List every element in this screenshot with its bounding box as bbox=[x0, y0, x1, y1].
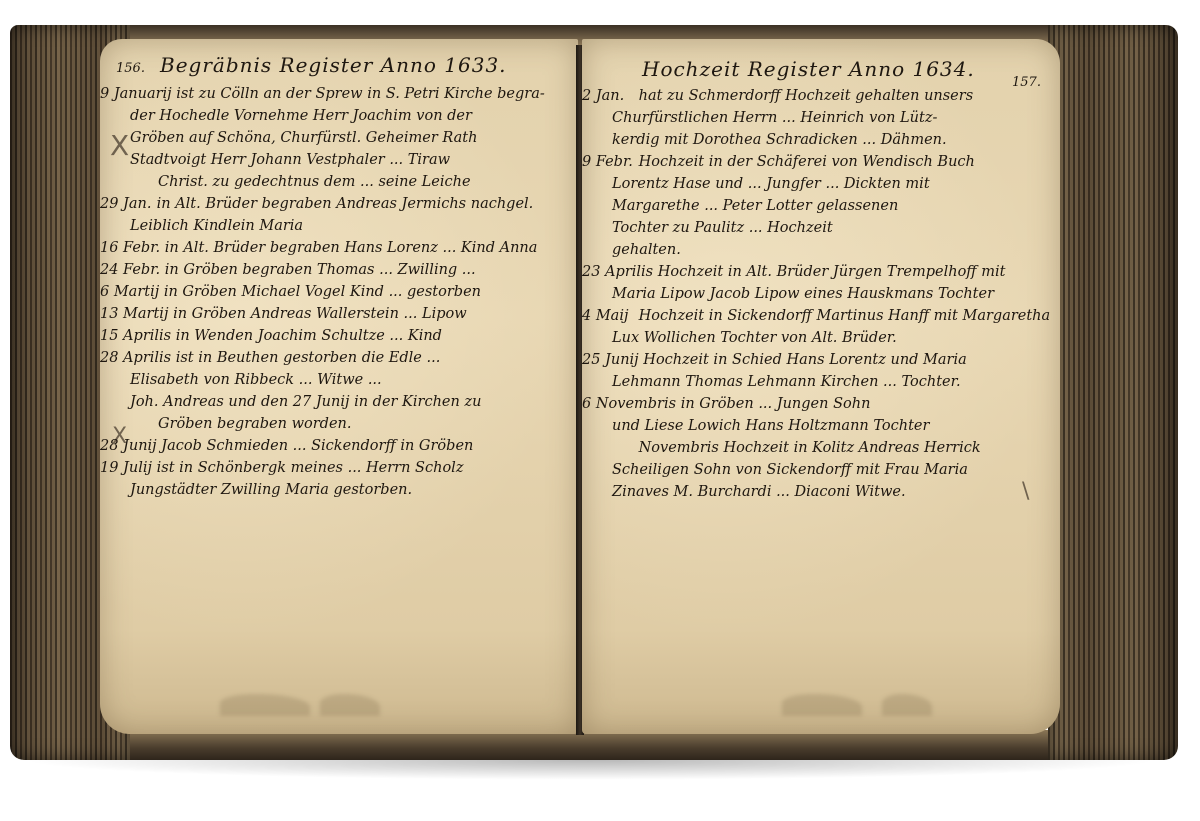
register-entry: Gröben begraben worden. bbox=[100, 413, 578, 435]
register-entry: 2 Jan. hat zu Schmerdorff Hochzeit gehal… bbox=[582, 85, 1052, 107]
entry-date: 9 Febr. bbox=[582, 151, 634, 173]
entry-text: in Gröben Michael Vogel Kind ... gestorb… bbox=[164, 284, 481, 300]
register-entry: gehalten. bbox=[582, 239, 1052, 261]
entry-text: Zinaves M. Burchardi ... Diaconi Witwe. bbox=[612, 484, 906, 500]
book-bottom-edge bbox=[30, 730, 1158, 760]
entry-text: Hochzeit in Sickendorff Martinus Hanff m… bbox=[639, 308, 1051, 324]
right-page: Hochzeit Register Anno 1634. 157. \ 2 Ja… bbox=[582, 39, 1060, 734]
register-entry: 9 Febr. Hochzeit in der Schäferei von We… bbox=[582, 151, 1052, 173]
right-page-stack bbox=[1048, 25, 1178, 760]
entry-text: Christ. zu gedechtnus dem ... seine Leic… bbox=[158, 174, 471, 190]
register-entry: Leiblich Kindlein Maria bbox=[100, 215, 578, 237]
register-entry: 13 Martij in Gröben Andreas Wallerstein … bbox=[100, 303, 578, 325]
entry-text: Lorentz Hase und ... Jungfer ... Dickten… bbox=[612, 176, 930, 192]
entry-text: Jacob Schmieden ... Sickendorff in Gröbe… bbox=[161, 438, 473, 454]
register-entry: 24 Febr. in Gröben begraben Thomas ... Z… bbox=[100, 259, 578, 281]
entry-date: 23 Aprilis bbox=[582, 261, 653, 283]
entry-text: Lux Wollichen Tochter von Alt. Brüder. bbox=[612, 330, 897, 346]
register-entry: 28 Junij Jacob Schmieden ... Sickendorff… bbox=[100, 435, 578, 457]
entry-date: 2 Jan. bbox=[582, 85, 634, 107]
entry-text: in Gröben ... Jungen Sohn bbox=[681, 396, 871, 412]
entry-text: Maria Lipow Jacob Lipow eines Hauskmans … bbox=[612, 286, 994, 302]
water-stain bbox=[782, 694, 862, 716]
register-entry: Gröben auf Schöna, Churfürstl. Geheimer … bbox=[100, 127, 578, 149]
entry-date: 28 Junij bbox=[100, 435, 157, 457]
entry-date: 29 Jan. bbox=[100, 193, 152, 215]
register-entry: Margarethe ... Peter Lotter gelassenen bbox=[582, 195, 1052, 217]
register-entry: Christ. zu gedechtnus dem ... seine Leic… bbox=[100, 171, 578, 193]
page-number: 156. bbox=[116, 61, 145, 76]
register-entry: Lux Wollichen Tochter von Alt. Brüder. bbox=[582, 327, 1052, 349]
register-entry: Scheiligen Sohn von Sickendorff mit Frau… bbox=[582, 459, 1052, 481]
entry-text: ist in Schönbergk meines ... Herrn Schol… bbox=[157, 460, 464, 476]
water-stain bbox=[220, 694, 310, 716]
register-entry: 4 Maij Hochzeit in Sickendorff Martinus … bbox=[582, 305, 1052, 327]
register-entry: Stadtvoigt Herr Johann Vestphaler ... Ti… bbox=[100, 149, 578, 171]
page-title: Hochzeit Register Anno 1634. bbox=[642, 57, 975, 81]
entry-date: 9 Januarij bbox=[100, 83, 172, 105]
entry-date: 13 Martij bbox=[100, 303, 168, 325]
entry-text: in Gröben Andreas Wallerstein ... Lipow bbox=[173, 306, 467, 322]
entry-text: Jungstädter Zwilling Maria gestorben. bbox=[130, 482, 412, 498]
entry-text: hat zu Schmerdorff Hochzeit gehalten uns… bbox=[639, 88, 974, 104]
entry-date: 15 Aprilis bbox=[100, 325, 171, 347]
register-entry: 25 Junij Hochzeit in Schied Hans Lorentz… bbox=[582, 349, 1052, 371]
register-entry: Novembris Hochzeit in Kolitz Andreas Her… bbox=[582, 437, 1052, 459]
register-entry: 23 Aprilis Hochzeit in Alt. Brüder Jürge… bbox=[582, 261, 1052, 283]
entry-date: 25 Junij bbox=[582, 349, 639, 371]
marriage-entries: 2 Jan. hat zu Schmerdorff Hochzeit gehal… bbox=[582, 85, 1052, 503]
register-entry: 29 Jan. in Alt. Brüder begraben Andreas … bbox=[100, 193, 578, 215]
entry-text: Leiblich Kindlein Maria bbox=[130, 218, 303, 234]
entry-text: Gröben auf Schöna, Churfürstl. Geheimer … bbox=[130, 130, 477, 146]
entry-text: gehalten. bbox=[612, 242, 681, 258]
entry-text: Joh. Andreas und den 27 Junij in der Kir… bbox=[130, 394, 481, 410]
water-stain bbox=[882, 694, 932, 716]
entry-text: Hochzeit in der Schäferei von Wendisch B… bbox=[639, 154, 975, 170]
entry-text: Lehmann Thomas Lehmann Kirchen ... Tocht… bbox=[612, 374, 961, 390]
entry-text: Novembris Hochzeit in Kolitz Andreas Her… bbox=[639, 440, 981, 456]
register-entry: Maria Lipow Jacob Lipow eines Hauskmans … bbox=[582, 283, 1052, 305]
entry-text: der Hochedle Vornehme Herr Joachim von d… bbox=[130, 108, 472, 124]
register-entry: 15 Aprilis in Wenden Joachim Schultze ..… bbox=[100, 325, 578, 347]
entry-text: Scheiligen Sohn von Sickendorff mit Frau… bbox=[612, 462, 968, 478]
entry-text: Margarethe ... Peter Lotter gelassenen bbox=[612, 198, 898, 214]
entry-text: Tochter zu Paulitz ... Hochzeit bbox=[612, 220, 833, 236]
water-stain bbox=[320, 694, 380, 716]
register-entry: Jungstädter Zwilling Maria gestorben. bbox=[100, 479, 578, 501]
entry-date: 6 Novembris bbox=[582, 393, 676, 415]
open-book: 156. Begräbnis Register Anno 1633. X X 9… bbox=[10, 25, 1178, 785]
page-title: Begräbnis Register Anno 1633. bbox=[160, 53, 507, 77]
register-entry: 6 Novembris in Gröben ... Jungen Sohn bbox=[582, 393, 1052, 415]
register-entry: 9 Januarij ist zu Cölln an der Sprew in … bbox=[100, 83, 578, 105]
left-page: 156. Begräbnis Register Anno 1633. X X 9… bbox=[100, 39, 578, 734]
entry-text: in Wenden Joachim Schultze ... Kind bbox=[176, 328, 442, 344]
entry-text: ist in Beuthen gestorben die Edle ... bbox=[176, 350, 441, 366]
register-entry: kerdig mit Dorothea Schradicken ... Dähm… bbox=[582, 129, 1052, 151]
register-entry: 6 Martij in Gröben Michael Vogel Kind ..… bbox=[100, 281, 578, 303]
entry-date: 28 Aprilis bbox=[100, 347, 171, 369]
register-entry: Zinaves M. Burchardi ... Diaconi Witwe. bbox=[582, 481, 1052, 503]
register-entry: Tochter zu Paulitz ... Hochzeit bbox=[582, 217, 1052, 239]
entry-text: und Liese Lowich Hans Holtzmann Tochter bbox=[612, 418, 929, 434]
entry-text: in Alt. Brüder begraben Hans Lorenz ... … bbox=[165, 240, 538, 256]
entry-date: 4 Maij bbox=[582, 305, 634, 327]
entry-text: Elisabeth von Ribbeck ... Witwe ... bbox=[130, 372, 382, 388]
register-entry: 28 Aprilis ist in Beuthen gestorben die … bbox=[100, 347, 578, 369]
register-entry: Lorentz Hase und ... Jungfer ... Dickten… bbox=[582, 173, 1052, 195]
entry-text: Stadtvoigt Herr Johann Vestphaler ... Ti… bbox=[130, 152, 450, 168]
entry-text: Hochzeit in Alt. Brüder Jürgen Trempelho… bbox=[658, 264, 1006, 280]
entry-text: in Gröben begraben Thomas ... Zwilling .… bbox=[165, 262, 476, 278]
register-entry: 19 Julij ist in Schönbergk meines ... He… bbox=[100, 457, 578, 479]
entry-text: Gröben begraben worden. bbox=[158, 416, 351, 432]
entry-text: in Alt. Brüder begraben Andreas Jermichs… bbox=[157, 196, 534, 212]
entry-text: kerdig mit Dorothea Schradicken ... Dähm… bbox=[612, 132, 947, 148]
register-entry: der Hochedle Vornehme Herr Joachim von d… bbox=[100, 105, 578, 127]
register-entry: Lehmann Thomas Lehmann Kirchen ... Tocht… bbox=[582, 371, 1052, 393]
entry-text: Hochzeit in Schied Hans Lorentz und Mari… bbox=[643, 352, 966, 368]
register-entry: 16 Febr. in Alt. Brüder begraben Hans Lo… bbox=[100, 237, 578, 259]
entry-date: 16 Febr. bbox=[100, 237, 160, 259]
entry-text: ist zu Cölln an der Sprew in S. Petri Ki… bbox=[176, 86, 544, 102]
entry-date: 6 Martij bbox=[100, 281, 159, 303]
register-entry: und Liese Lowich Hans Holtzmann Tochter bbox=[582, 415, 1052, 437]
register-entry: Joh. Andreas und den 27 Junij in der Kir… bbox=[100, 391, 578, 413]
entry-text: Churfürstlichen Herrn ... Heinrich von L… bbox=[612, 110, 937, 126]
burial-entries: 9 Januarij ist zu Cölln an der Sprew in … bbox=[100, 83, 578, 501]
entry-date: 24 Febr. bbox=[100, 259, 160, 281]
register-entry: Churfürstlichen Herrn ... Heinrich von L… bbox=[582, 107, 1052, 129]
register-entry: Elisabeth von Ribbeck ... Witwe ... bbox=[100, 369, 578, 391]
entry-date: 19 Julij bbox=[100, 457, 152, 479]
